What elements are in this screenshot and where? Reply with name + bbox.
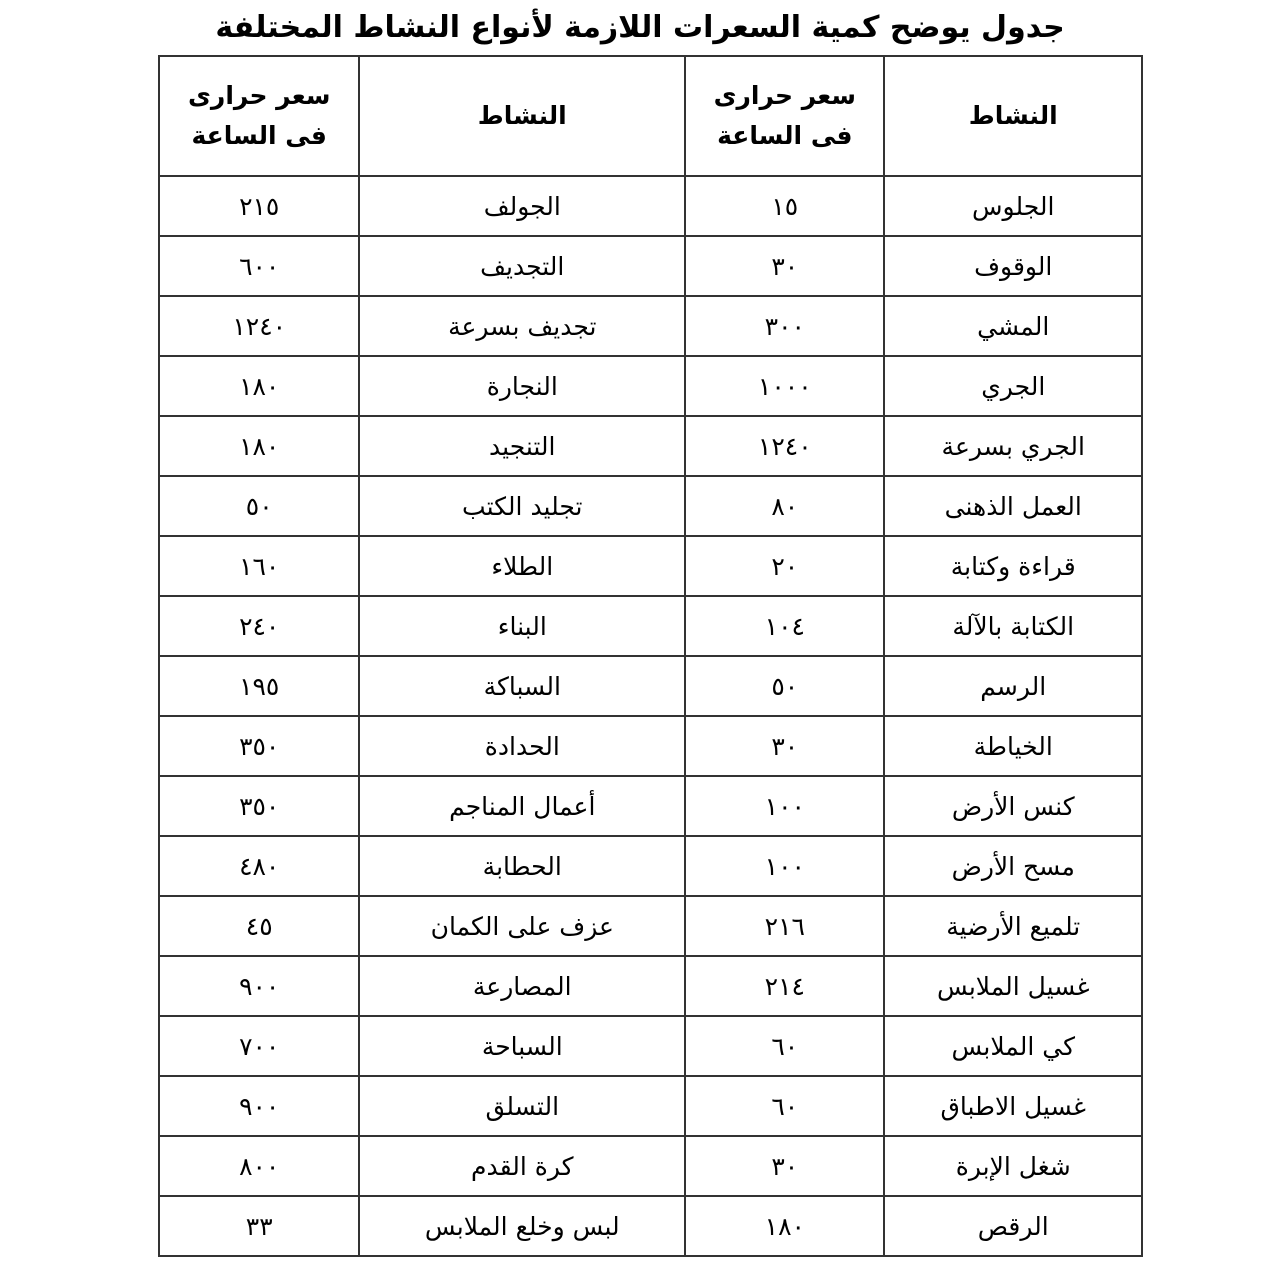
activity-cell: الرقص: [884, 1196, 1142, 1256]
calories-cell: ٣٠: [685, 1136, 884, 1196]
calories-cell: ٤٥: [159, 896, 359, 956]
activity-cell: السباكة: [359, 656, 685, 716]
table-row: كنس الأرض١٠٠أعمال المناجم٣٥٠: [159, 776, 1142, 836]
header-calories-line2: فى الساعة: [686, 116, 883, 156]
activity-cell: شغل الإبرة: [884, 1136, 1142, 1196]
table-row: قراءة وكتابة٢٠الطلاء١٦٠: [159, 536, 1142, 596]
calories-cell: ٦٠: [685, 1076, 884, 1136]
calories-cell: ٢٠: [685, 536, 884, 596]
calories-cell: ٥٠: [159, 476, 359, 536]
calories-cell: ١٥: [685, 176, 884, 236]
calories-cell: ٦٠: [685, 1016, 884, 1076]
activity-cell: تلميع الأرضية: [884, 896, 1142, 956]
activity-cell: مسح الأرض: [884, 836, 1142, 896]
calories-table: النشاط سعر حرارى فى الساعة النشاط سعر حر…: [158, 55, 1143, 1257]
table-row: الرسم٥٠السباكة١٩٥: [159, 656, 1142, 716]
table-row: المشي٣٠٠تجديف بسرعة١٢٤٠: [159, 296, 1142, 356]
table-row: العمل الذهنى٨٠تجليد الكتب٥٠: [159, 476, 1142, 536]
activity-cell: النجارة: [359, 356, 685, 416]
calories-cell: ١٠٠: [685, 836, 884, 896]
table-row: الخياطة٣٠الحدادة٣٥٠: [159, 716, 1142, 776]
header-calories-line1: سعر حرارى: [160, 76, 358, 116]
calories-cell: ٩٠٠: [159, 1076, 359, 1136]
table-header-row: النشاط سعر حرارى فى الساعة النشاط سعر حر…: [159, 56, 1142, 176]
calories-cell: ٣٣: [159, 1196, 359, 1256]
document-title: جدول يوضح كمية السعرات اللازمة لأنواع ال…: [0, 6, 1280, 50]
calories-cell: ٣٠٠: [685, 296, 884, 356]
table-row: مسح الأرض١٠٠الحطابة٤٨٠: [159, 836, 1142, 896]
activity-cell: الجولف: [359, 176, 685, 236]
table-row: كي الملابس٦٠السباحة٧٠٠: [159, 1016, 1142, 1076]
activity-cell: المشي: [884, 296, 1142, 356]
activity-cell: أعمال المناجم: [359, 776, 685, 836]
calories-cell: ١٦٠: [159, 536, 359, 596]
activity-cell: التسلق: [359, 1076, 685, 1136]
calories-cell: ٦٠٠: [159, 236, 359, 296]
table-row: الرقص١٨٠لبس وخلع الملابس٣٣: [159, 1196, 1142, 1256]
header-activity-a: النشاط: [884, 56, 1142, 176]
activity-cell: الحدادة: [359, 716, 685, 776]
activity-cell: السباحة: [359, 1016, 685, 1076]
activity-cell: الطلاء: [359, 536, 685, 596]
calories-cell: ٢١٥: [159, 176, 359, 236]
calories-cell: ٣٠: [685, 716, 884, 776]
activity-cell: غسيل الاطباق: [884, 1076, 1142, 1136]
calories-cell: ١٢٤٠: [685, 416, 884, 476]
activity-cell: العمل الذهنى: [884, 476, 1142, 536]
activity-cell: البناء: [359, 596, 685, 656]
calories-cell: ١٠٠٠: [685, 356, 884, 416]
calories-cell: ٨٠: [685, 476, 884, 536]
header-calories-line2: فى الساعة: [160, 116, 358, 156]
calories-cell: ١٩٥: [159, 656, 359, 716]
activity-cell: الجري بسرعة: [884, 416, 1142, 476]
calories-cell: ٥٠: [685, 656, 884, 716]
calories-cell: ٢١٦: [685, 896, 884, 956]
table-row: تلميع الأرضية٢١٦عزف على الكمان٤٥: [159, 896, 1142, 956]
table-row: الوقوف٣٠التجديف٦٠٠: [159, 236, 1142, 296]
calories-cell: ١٠٤: [685, 596, 884, 656]
calories-cell: ٣٠: [685, 236, 884, 296]
table-row: غسيل الاطباق٦٠التسلق٩٠٠: [159, 1076, 1142, 1136]
calories-cell: ٨٠٠: [159, 1136, 359, 1196]
table-row: غسيل الملابس٢١٤المصارعة٩٠٠: [159, 956, 1142, 1016]
table-row: الكتابة بالآلة١٠٤البناء٢٤٠: [159, 596, 1142, 656]
table-row: الجري بسرعة١٢٤٠التنجيد١٨٠: [159, 416, 1142, 476]
table-row: الجلوس١٥الجولف٢١٥: [159, 176, 1142, 236]
header-calories-a: سعر حرارى فى الساعة: [685, 56, 884, 176]
activity-cell: التجديف: [359, 236, 685, 296]
calories-cell: ١٠٠: [685, 776, 884, 836]
calories-cell: ٩٠٠: [159, 956, 359, 1016]
activity-cell: التنجيد: [359, 416, 685, 476]
activity-cell: كرة القدم: [359, 1136, 685, 1196]
calories-cell: ٢٤٠: [159, 596, 359, 656]
activity-cell: الخياطة: [884, 716, 1142, 776]
activity-cell: المصارعة: [359, 956, 685, 1016]
activity-cell: الرسم: [884, 656, 1142, 716]
table-row: الجري١٠٠٠النجارة١٨٠: [159, 356, 1142, 416]
calories-cell: ٣٥٠: [159, 776, 359, 836]
calories-cell: ٣٥٠: [159, 716, 359, 776]
activity-cell: الكتابة بالآلة: [884, 596, 1142, 656]
activity-cell: كي الملابس: [884, 1016, 1142, 1076]
calories-cell: ٤٨٠: [159, 836, 359, 896]
activity-cell: عزف على الكمان: [359, 896, 685, 956]
calories-cell: ١٨٠: [159, 356, 359, 416]
calories-cell: ١٨٠: [685, 1196, 884, 1256]
activity-cell: غسيل الملابس: [884, 956, 1142, 1016]
activity-cell: لبس وخلع الملابس: [359, 1196, 685, 1256]
activity-cell: قراءة وكتابة: [884, 536, 1142, 596]
table-row: شغل الإبرة٣٠كرة القدم٨٠٠: [159, 1136, 1142, 1196]
calories-cell: ١٢٤٠: [159, 296, 359, 356]
activity-cell: الوقوف: [884, 236, 1142, 296]
calories-cell: ١٨٠: [159, 416, 359, 476]
header-calories-line1: سعر حرارى: [686, 76, 883, 116]
activity-cell: الجلوس: [884, 176, 1142, 236]
activity-cell: تجديف بسرعة: [359, 296, 685, 356]
activity-cell: الجري: [884, 356, 1142, 416]
header-activity-b: النشاط: [359, 56, 685, 176]
activity-cell: الحطابة: [359, 836, 685, 896]
calories-cell: ٧٠٠: [159, 1016, 359, 1076]
activity-cell: تجليد الكتب: [359, 476, 685, 536]
activity-cell: كنس الأرض: [884, 776, 1142, 836]
table-body: الجلوس١٥الجولف٢١٥الوقوف٣٠التجديف٦٠٠المشي…: [159, 176, 1142, 1256]
header-calories-b: سعر حرارى فى الساعة: [159, 56, 359, 176]
calories-cell: ٢١٤: [685, 956, 884, 1016]
